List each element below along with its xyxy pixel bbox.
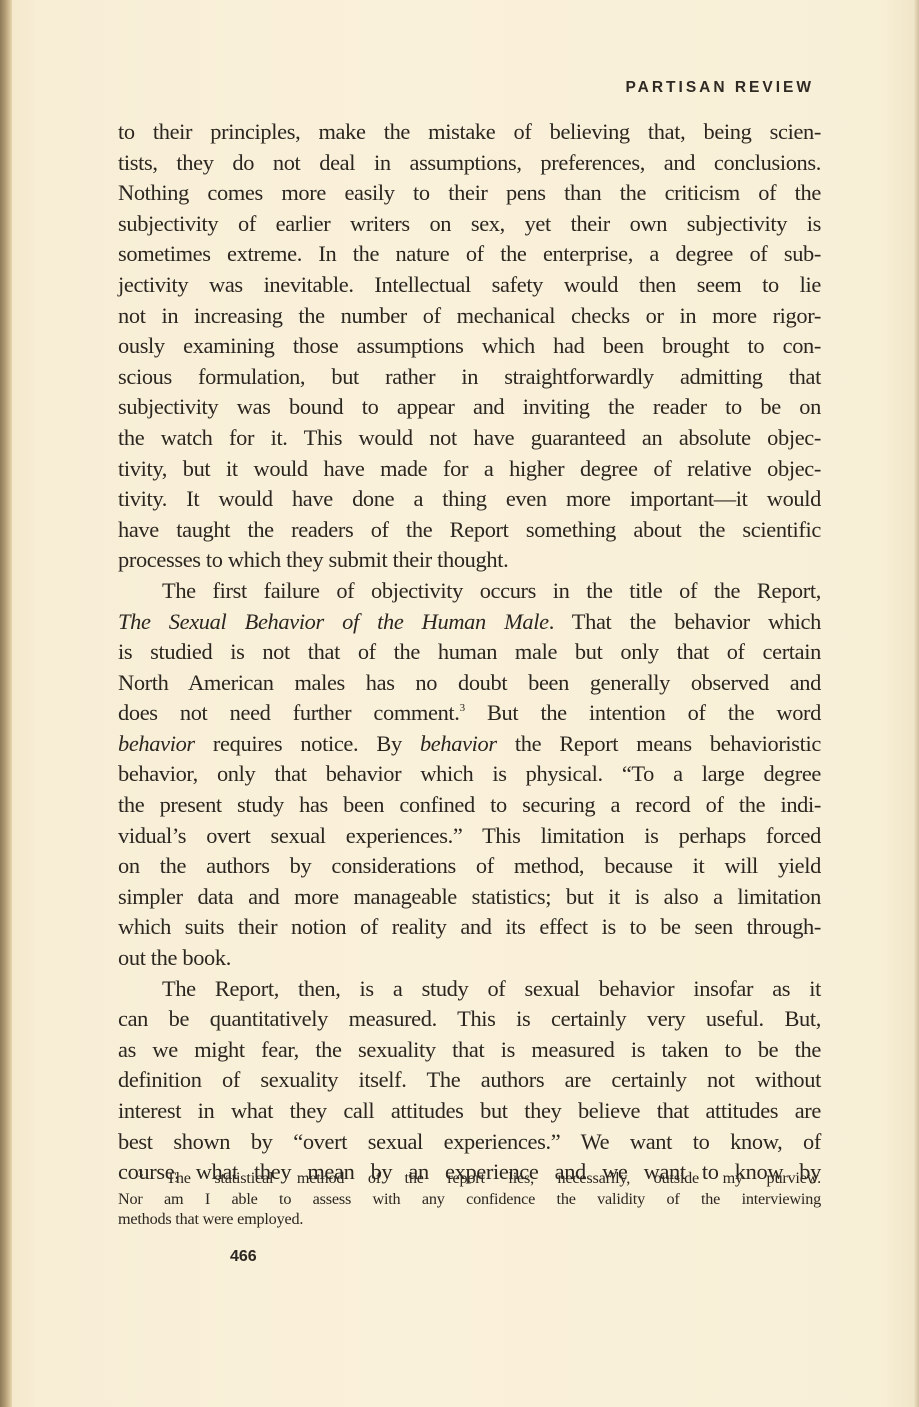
- text-line: can be quantitatively measured. This is …: [118, 1004, 821, 1035]
- text-span: The statistical method of the report lie…: [143, 1169, 821, 1187]
- paragraph-1: to their principles, make the mistake of…: [118, 117, 821, 576]
- book-title: The Sexual Behavior of the Human Male: [118, 609, 549, 634]
- text-line: processes to which they submit their tho…: [118, 545, 821, 576]
- footnote: 3 The statistical method of the report l…: [118, 1168, 821, 1230]
- text-line: out the book.: [118, 943, 821, 974]
- emphasis: behavior: [118, 731, 195, 756]
- text-span: requires notice. By: [195, 731, 420, 756]
- text-line: simpler data and more manageable statist…: [118, 882, 821, 913]
- text-line: to their principles, make the mistake of…: [118, 117, 821, 148]
- footnote-line: 3 The statistical method of the report l…: [118, 1168, 821, 1189]
- running-head: PARTISAN REVIEW: [625, 79, 814, 97]
- footnote-line: methods that were employed.: [118, 1209, 821, 1230]
- text-line: tivity, but it would have made for a hig…: [118, 454, 821, 485]
- text-line: which suits their notion of reality and …: [118, 912, 821, 943]
- text-line: the present study has been confined to s…: [118, 790, 821, 821]
- emphasis: behavior: [420, 731, 497, 756]
- text-line: vidual’s overt sexual experiences.” This…: [118, 821, 821, 852]
- text-line: is studied is not that of the human male…: [118, 637, 821, 668]
- text-span: the Report means behavioristic: [497, 731, 821, 756]
- page-binding-shadow: [0, 0, 12, 1407]
- page-number: 466: [230, 1248, 257, 1266]
- text-span: But the intention of the word: [465, 700, 821, 725]
- footnote-line: Nor am I able to assess with any confide…: [118, 1189, 821, 1210]
- text-line: The Report, then, is a study of sexual b…: [118, 974, 821, 1005]
- text-line: subjectivity of earlier writers on sex, …: [118, 209, 821, 240]
- text-span: . That the behavior which: [549, 609, 821, 634]
- text-line: have taught the readers of the Report so…: [118, 515, 821, 546]
- paragraph-3: The Report, then, is a study of sexual b…: [118, 974, 821, 1188]
- text-span: does not need further comment.: [118, 700, 460, 725]
- text-line: as we might fear, the sexuality that is …: [118, 1035, 821, 1066]
- text-line: tists, they do not deal in assumptions, …: [118, 148, 821, 179]
- text-line: sometimes extreme. In the nature of the …: [118, 239, 821, 270]
- book-page: PARTISAN REVIEW to their principles, mak…: [0, 0, 919, 1407]
- text-line: jectivity was inevitable. Intellectual s…: [118, 270, 821, 301]
- text-line: Nothing comes more easily to their pens …: [118, 178, 821, 209]
- text-line: the watch for it. This would not have gu…: [118, 423, 821, 454]
- text-line: best shown by “overt sexual experiences.…: [118, 1127, 821, 1158]
- text-line: subjectivity was bound to appear and inv…: [118, 392, 821, 423]
- text-line: interest in what they call attitudes but…: [118, 1096, 821, 1127]
- page-edge: [914, 0, 919, 1407]
- text-line: scious formulation, but rather in straig…: [118, 362, 821, 393]
- text-line: tivity. It would have done a thing even …: [118, 484, 821, 515]
- text-line: definition of sexuality itself. The auth…: [118, 1065, 821, 1096]
- text-line: behavior, only that behavior which is ph…: [118, 759, 821, 790]
- text-line: The first failure of objectivity occurs …: [118, 576, 821, 607]
- text-line: does not need further comment.3 But the …: [118, 698, 821, 729]
- text-line: behavior requires notice. By behavior th…: [118, 729, 821, 760]
- text-line: The Sexual Behavior of the Human Male. T…: [118, 607, 821, 638]
- text-line: ously examining those assumptions which …: [118, 331, 821, 362]
- paragraph-2: The first failure of objectivity occurs …: [118, 576, 821, 974]
- text-line: North American males has no doubt been g…: [118, 668, 821, 699]
- body-text: to their principles, make the mistake of…: [118, 117, 821, 1188]
- text-line: on the authors by considerations of meth…: [118, 851, 821, 882]
- text-line: not in increasing the number of mechanic…: [118, 301, 821, 332]
